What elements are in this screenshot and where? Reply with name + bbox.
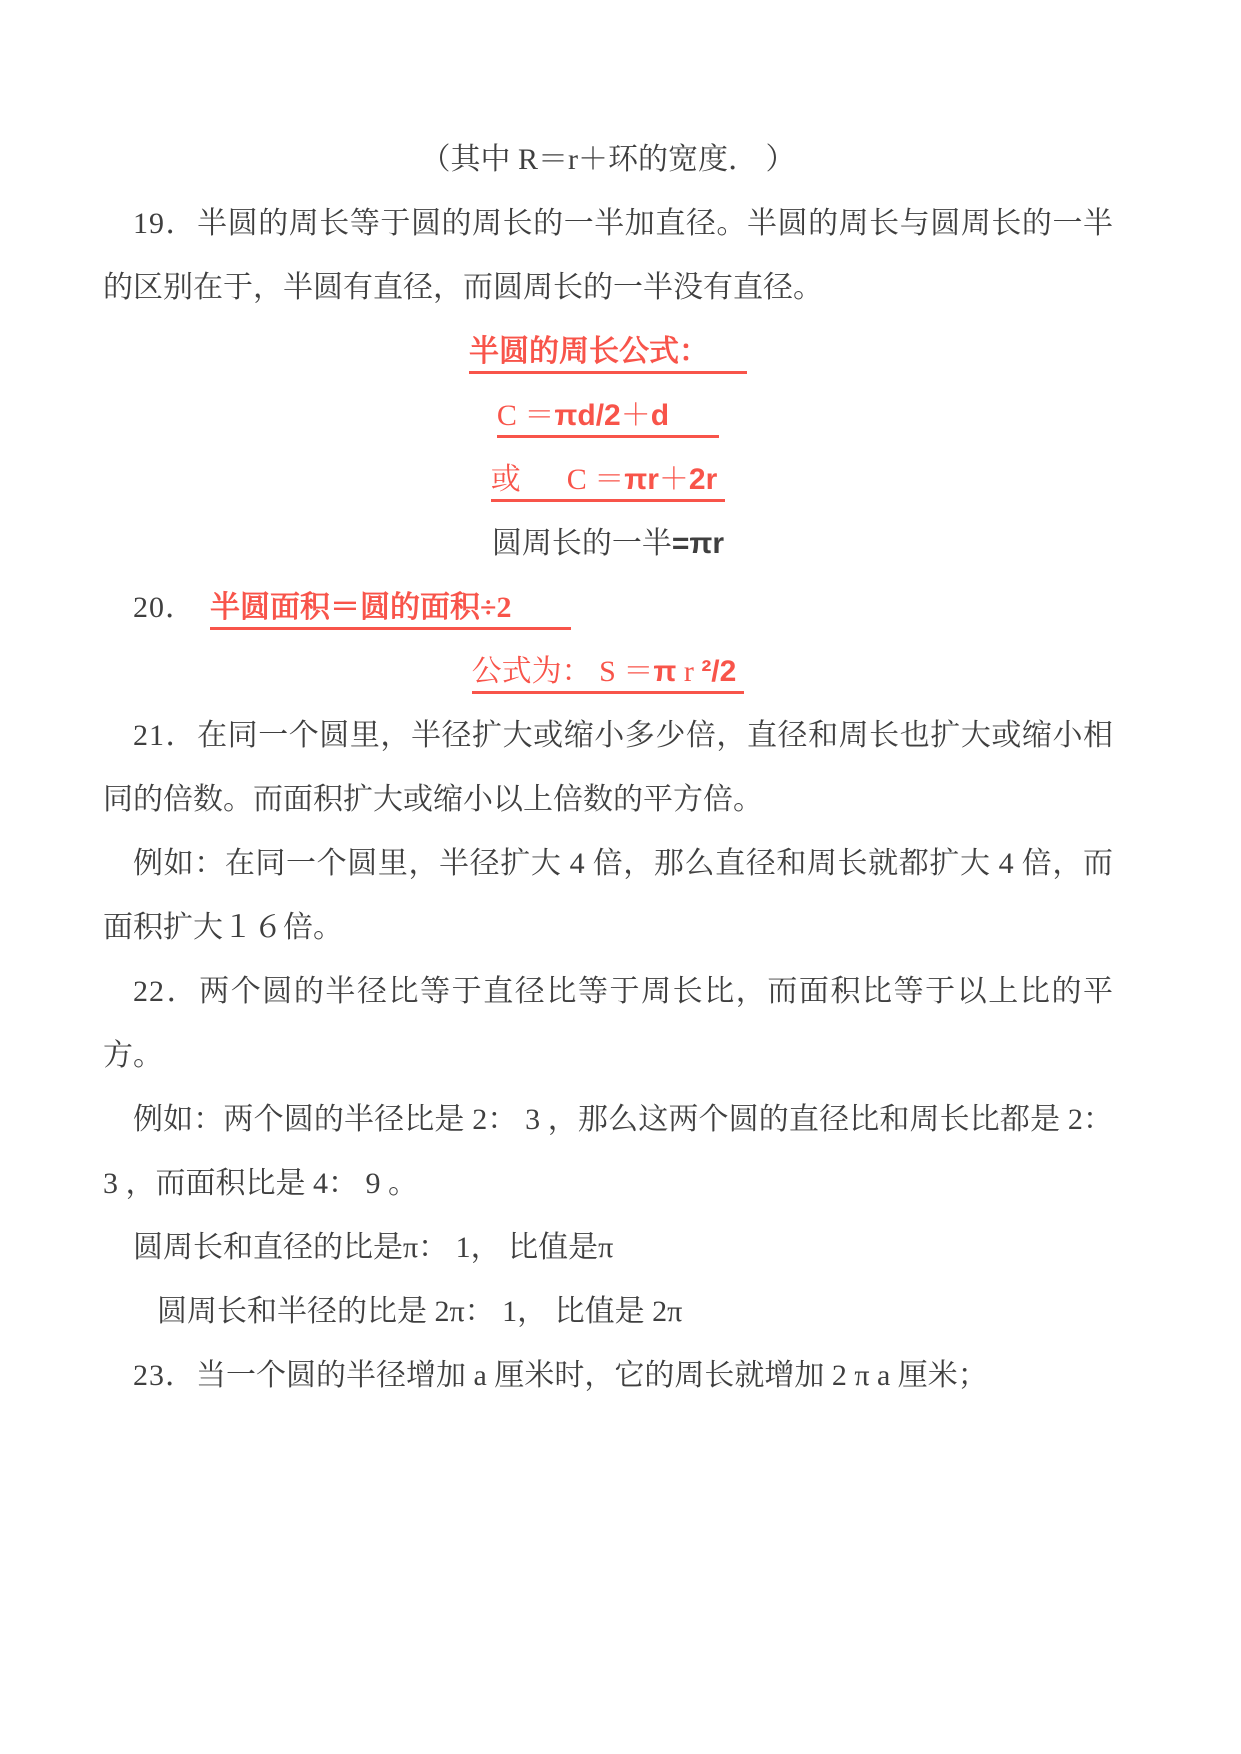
ratio-diameter-line: 圆周长和直径的比是π： 1， 比值是π (103, 1216, 1113, 1280)
area-formula-r: r (676, 655, 701, 688)
item-22-example: 例如：两个圆的半径比是 2： 3 ，那么这两个圆的直径比和周长比都是 2： 3 … (103, 1088, 1113, 1216)
item-21-text: 在同一个圆里，半径扩大或缩小多少倍，直径和周长也扩大或缩小相同的倍数。而面积扩大… (103, 719, 1113, 816)
item-21-example: 例如：在同一个圆里，半径扩大 4 倍，那么直径和周长就都扩大 4 倍，而面积扩大… (103, 832, 1113, 960)
item-20-paragraph: 20．半圆面积＝圆的面积÷2 (103, 576, 1113, 640)
area-formula-line: 公式为： S ＝π r ²/2 (103, 640, 1113, 704)
half-circumference-formula: =πr (672, 527, 724, 560)
half-circumference-text: 圆周长的一半 (492, 527, 672, 560)
item-22-text: 两个圆的半径比等于直径比等于周长比，而面积比等于以上比的平方。 (103, 975, 1113, 1072)
item-23-number: 23． (133, 1359, 196, 1392)
half-circumference-note: 圆周长的一半=πr (103, 512, 1113, 576)
item-19-paragraph: 19．半圆的周长等于圆的周长的一半加直径。半圆的周长与圆周长的一半的区别在于，半… (103, 192, 1113, 320)
item-22-paragraph: 22．两个圆的半径比等于直径比等于周长比，而面积比等于以上比的平方。 (103, 960, 1113, 1088)
item-23-paragraph: 23．当一个圆的半径增加 a 厘米时，它的周长就增加 2 π a 厘米； (103, 1344, 1113, 1408)
item-21-number: 21． (133, 719, 197, 752)
formula-1-term-2: d (651, 399, 669, 432)
item-19-text: 半圆的周长等于圆的周长的一半加直径。半圆的周长与圆周长的一半的区别在于，半圆有直… (103, 207, 1113, 304)
formula-2-term-2: 2r (689, 463, 717, 496)
perimeter-formula-2-line: 或C ＝πr＋2r (103, 448, 1113, 512)
formula-2-or: 或 (491, 463, 521, 496)
area-formula-pre: 公式为： S ＝ (472, 655, 654, 688)
ratio-radius-line: 圆周长和半径的比是 2π： 1， 比值是 2π (103, 1280, 1113, 1344)
perimeter-formula-1: C ＝πd/2＋d (497, 399, 719, 438)
semicircle-perimeter-title: 半圆的周长公式： (469, 335, 747, 374)
document-page: （其中 R＝r＋环的宽度． ） 19．半圆的周长等于圆的周长的一半加直径。半圆的… (0, 0, 1241, 1754)
formula-2-term-1: πr (624, 463, 659, 496)
ring-width-note: （其中 R＝r＋环的宽度． ） (103, 128, 1113, 192)
formula-2-plus: ＋ (659, 463, 689, 496)
item-22-number: 22． (133, 975, 199, 1008)
item-19-number: 19． (133, 207, 197, 240)
formula-1-pre: C ＝ (497, 399, 555, 432)
item-20-number: 20． (133, 591, 196, 624)
area-formula-pi: π (653, 655, 676, 688)
formula-1-term-1: πd/2 (554, 399, 620, 432)
item-23-text: 当一个圆的半径增加 a 厘米时，它的周长就增加 2 π a 厘米； (196, 1359, 988, 1392)
area-formula: 公式为： S ＝π r ²/2 (472, 655, 745, 694)
item-20-heading: 半圆面积＝圆的面积÷2 (210, 591, 571, 630)
formula-2-pre: C ＝ (567, 463, 625, 496)
area-formula-squared: ²/2 (701, 655, 736, 688)
perimeter-formula-2: 或C ＝πr＋2r (491, 463, 726, 502)
formula-1-plus: ＋ (621, 399, 651, 432)
item-21-paragraph: 21．在同一个圆里，半径扩大或缩小多少倍，直径和周长也扩大或缩小相同的倍数。而面… (103, 704, 1113, 832)
semicircle-perimeter-title-line: 半圆的周长公式： (103, 320, 1113, 384)
perimeter-formula-1-line: C ＝πd/2＋d (103, 384, 1113, 448)
